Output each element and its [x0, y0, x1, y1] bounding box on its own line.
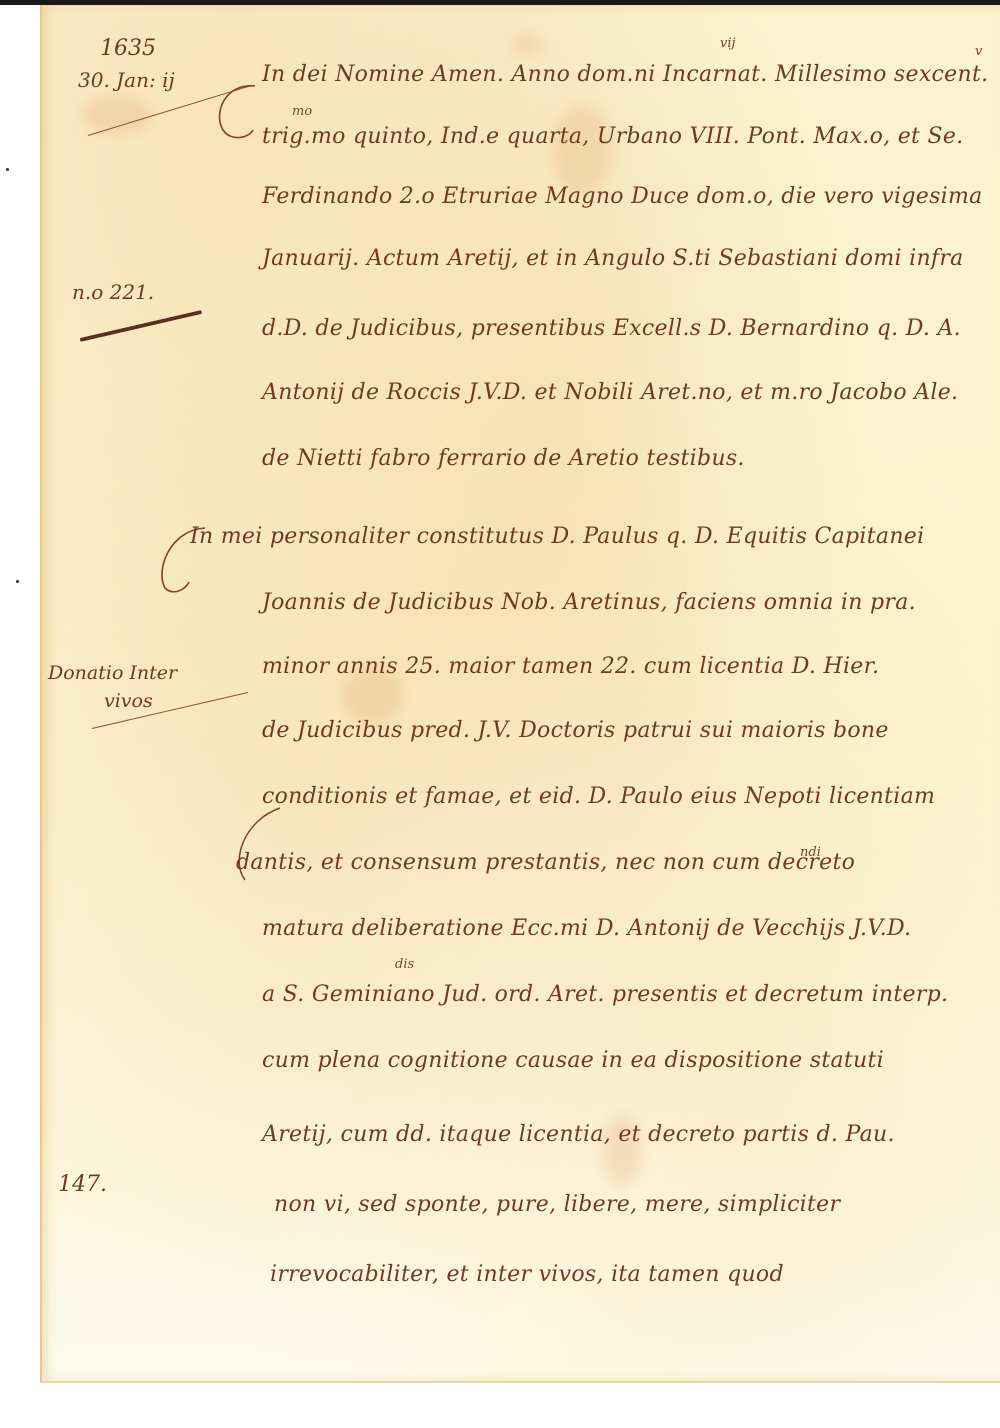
superscript-abbrev: dis [395, 957, 414, 972]
manuscript-line-13: dantis, et consensum prestantis, nec non… [236, 850, 855, 875]
margin-title-line2: vivos [104, 690, 153, 713]
manuscript-line-12: conditionis et famae, et eid. D. Paulo e… [262, 784, 935, 809]
manuscript-line-19: irrevocabiliter, et inter vivos, ita tam… [270, 1262, 784, 1287]
manuscript-line-7: de Nietti fabro ferrario de Aretio testi… [262, 446, 745, 471]
manuscript-line-10: minor annis 25. maior tamen 22. cum lice… [262, 654, 879, 679]
margin-instrument-number: n.o 221. [72, 280, 154, 304]
margin-date-day: 30. Jan: ij [78, 68, 175, 92]
manuscript-line-3: Ferdinando 2.o Etruriae Magno Duce dom.o… [262, 184, 983, 209]
manuscript-line-18: non vi, sed sponte, pure, libere, mere, … [274, 1192, 840, 1217]
manuscript-line-8: In mei personaliter constitutus D. Paulu… [190, 524, 924, 549]
superscript-abbrev: mo [292, 104, 312, 119]
manuscript-line-1: In dei Nomine Amen. Anno dom.ni Incarnat… [262, 62, 988, 87]
manuscript-page [40, 5, 1000, 1383]
manuscript-line-9: Joannis de Judicibus Nob. Aretinus, faci… [262, 590, 916, 615]
manuscript-line-16: cum plena cognitione causae in ea dispos… [262, 1048, 884, 1073]
margin-title-line1: Donatio Inter [48, 662, 177, 685]
manuscript-line-6: Antonij de Roccis J.V.D. et Nobili Aret.… [262, 380, 958, 405]
manuscript-line-5: d.D. de Judicibus, presentibus Excell.s … [262, 316, 961, 341]
superscript-abbrev: vij [720, 36, 736, 51]
manuscript-line-14: matura deliberatione Ecc.mi D. Antonij d… [262, 916, 911, 941]
margin-date-year: 1635 [100, 36, 156, 62]
scan-speck [6, 168, 9, 171]
paper-stain [552, 105, 612, 195]
scan-speck [16, 580, 19, 583]
margin-folio-number: 147. [58, 1172, 107, 1198]
manuscript-line-4: Januarij. Actum Aretij, et in Angulo S.t… [262, 246, 964, 271]
superscript-abbrev: v [975, 44, 982, 59]
manuscript-line-17: Aretij, cum dd. itaque licentia, et decr… [262, 1122, 895, 1147]
manuscript-line-2: trig.mo quinto, Ind.e quarta, Urbano VII… [262, 124, 963, 149]
manuscript-line-11: de Judicibus pred. J.V. Doctoris patrui … [262, 718, 889, 743]
paper-stain [512, 35, 542, 55]
paper-stain [82, 95, 152, 135]
manuscript-line-15: a S. Geminiano Jud. ord. Aret. presentis… [262, 982, 948, 1007]
